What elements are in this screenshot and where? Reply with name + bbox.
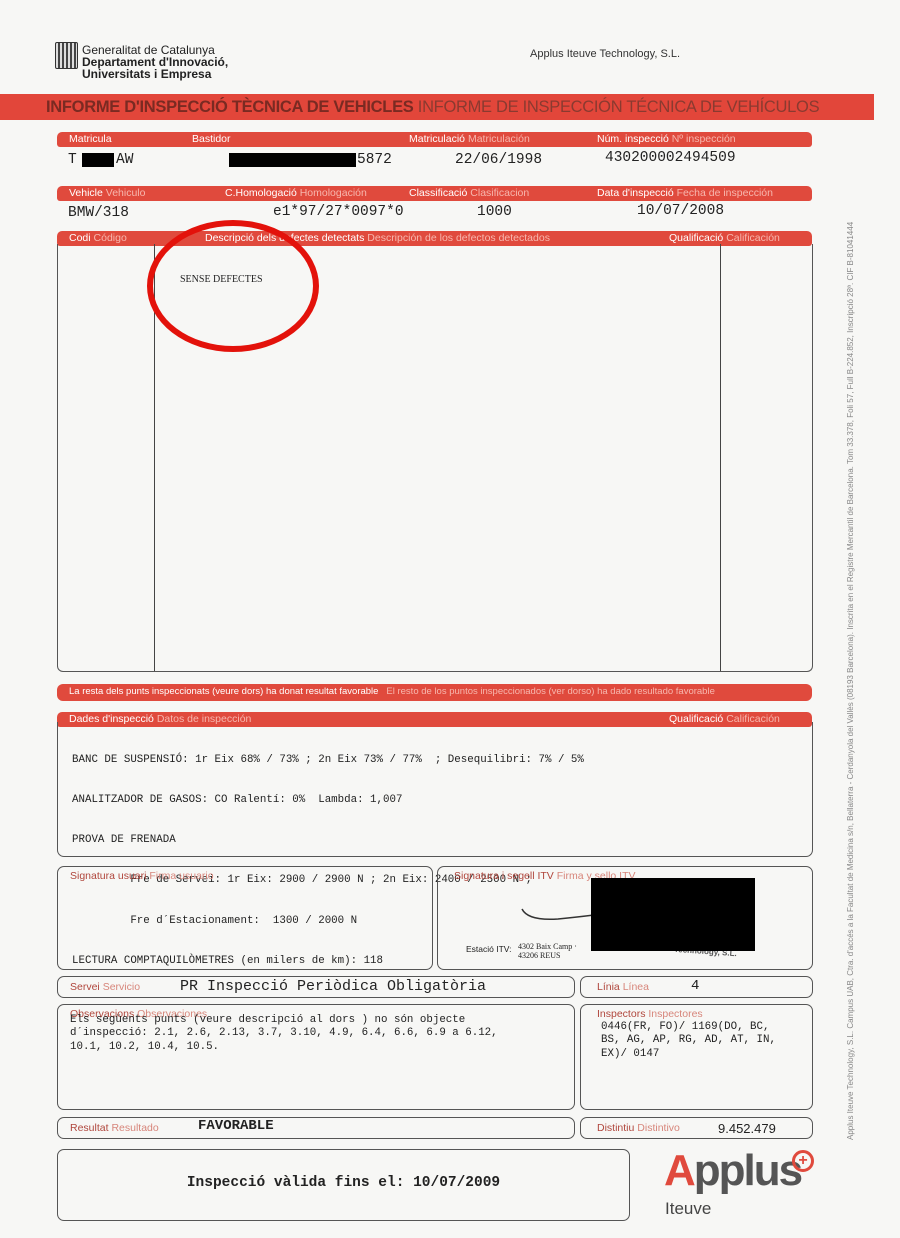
- matricula-label: Matricula: [69, 133, 112, 145]
- document-title: INFORME D'INSPECCIÓ TÈCNICA DE VEHICLES …: [46, 98, 819, 117]
- government-department: Generalitat de Catalunya Departament d'I…: [82, 44, 228, 80]
- data-line: BANC DE SUSPENSIÓ: 1r Eix 68% / 73% ; 2n…: [72, 754, 584, 767]
- homologacio-value: e1*97/27*0097*0: [273, 204, 404, 220]
- vehicle-value: BMW/318: [68, 205, 129, 221]
- classificacio-value: 1000: [477, 204, 512, 220]
- result-label: Resultat Resultado: [70, 1122, 159, 1134]
- applus-logo: Applus: [664, 1146, 801, 1196]
- matricula-suffix: AW: [116, 152, 133, 168]
- rest-notice-bar: La resta dels punts inspeccionats (veure…: [57, 684, 812, 701]
- rest-notice-text: La resta dels punts inspeccionats (veure…: [69, 686, 715, 697]
- user-signature-label: Signatura usuari Firma usuario: [70, 870, 214, 882]
- result-value: FAVORABLE: [198, 1118, 274, 1134]
- matriculacio-label: Matriculació Matriculación: [409, 133, 530, 145]
- user-signature-box: Signatura usuari Firma usuario: [57, 866, 433, 970]
- signature-stroke-icon: [518, 905, 598, 925]
- service-value: PR Inspecció Periòdica Obligatòria: [180, 978, 486, 995]
- title-catalan: INFORME D'INSPECCIÓ TÈCNICA DE VEHICLES: [46, 98, 413, 116]
- highlight-circle: [147, 220, 319, 352]
- bastidor-value: 5872: [357, 152, 392, 168]
- bastidor-label: Bastidor: [192, 133, 231, 145]
- iteuve-label: Iteuve: [665, 1199, 711, 1219]
- column-divider: [720, 244, 721, 671]
- title-spanish: INFORME DE INSPECCIÓN TÉCNICA DE VEHÍCUL…: [418, 98, 820, 116]
- matriculacio-value: 22/06/1998: [455, 152, 542, 168]
- document-title-band: INFORME D'INSPECCIÓ TÈCNICA DE VEHICLES …: [0, 94, 874, 120]
- matricula-prefix: T: [68, 152, 77, 168]
- distintiu-value: 9.452.479: [718, 1121, 776, 1136]
- redacted-vin: [229, 153, 356, 167]
- station-label: Estació ITV:: [466, 944, 512, 954]
- linia-value: 4: [691, 978, 699, 994]
- vehicle-info-header-bar: Vehicle Vehiculo C.Homologació Homologac…: [57, 186, 812, 201]
- company-name: Applus Iteuve Technology, S.L.: [530, 48, 680, 60]
- data-inspeccio-label: Data d'inspecció Fecha de inspección: [597, 187, 773, 199]
- generalitat-logo-icon: [55, 42, 78, 69]
- observations-box: Observacions Observaciones Els següents …: [57, 1004, 575, 1110]
- redacted-stamp: [591, 878, 755, 951]
- inspectors-label: Inspectors Inspectores: [597, 1008, 703, 1020]
- vehicle-label: Vehicle Vehiculo: [69, 187, 145, 199]
- side-legal-text: Applus Iteuve Technology, S.L. Campus UA…: [846, 222, 855, 1140]
- distintiu-label: Distintiu Distintivo: [597, 1122, 680, 1134]
- qualificacio-label: Qualificació Calificación: [669, 232, 780, 244]
- plus-icon: +: [792, 1150, 814, 1172]
- codi-label: Codi Código: [69, 232, 127, 244]
- validity-text: Inspecció vàlida fins el: 10/07/2009: [58, 1175, 629, 1191]
- vehicle-id-header-bar: Matricula Bastidor Matriculació Matricul…: [57, 132, 812, 147]
- data-inspeccio-value: 10/07/2008: [637, 203, 724, 219]
- num-inspeccio-label: Núm. inspecció Nº inspección: [597, 133, 736, 145]
- inspectors-text: 0446(FR, FO)/ 1169(DO, BC, BS, AG, AP, R…: [601, 1021, 776, 1061]
- service-label: Servei Servicio: [70, 981, 140, 993]
- linia-label: Línia Línea: [597, 981, 649, 993]
- inspectors-box: Inspectors Inspectores 0446(FR, FO)/ 116…: [580, 1004, 813, 1110]
- gov-line3: Universitats i Empresa: [82, 68, 228, 80]
- linia-box: Línia Línea 4: [580, 976, 813, 998]
- num-inspeccio-value: 430200002494509: [605, 150, 736, 166]
- redacted-plate: [82, 153, 114, 167]
- validity-box: Inspecció vàlida fins el: 10/07/2009: [57, 1149, 630, 1221]
- service-box: Servei Servicio PR Inspecció Periòdica O…: [57, 976, 575, 998]
- station-address: 4302 Baix Camp ·43206 REUS: [518, 942, 577, 960]
- homologacio-label: C.Homologació Homologación: [225, 187, 367, 199]
- data-line: ANALITZADOR DE GASOS: CO Ralentí: 0% Lam…: [72, 794, 584, 807]
- distintiu-box: Distintiu Distintivo 9.452.479: [580, 1117, 813, 1139]
- data-line: PROVA DE FRENADA: [72, 834, 584, 847]
- result-box: Resultat Resultado FAVORABLE: [57, 1117, 575, 1139]
- observations-text: Els següents punts (veure descripció al …: [70, 1014, 498, 1054]
- classificacio-label: Classificació Clasificacion: [409, 187, 529, 199]
